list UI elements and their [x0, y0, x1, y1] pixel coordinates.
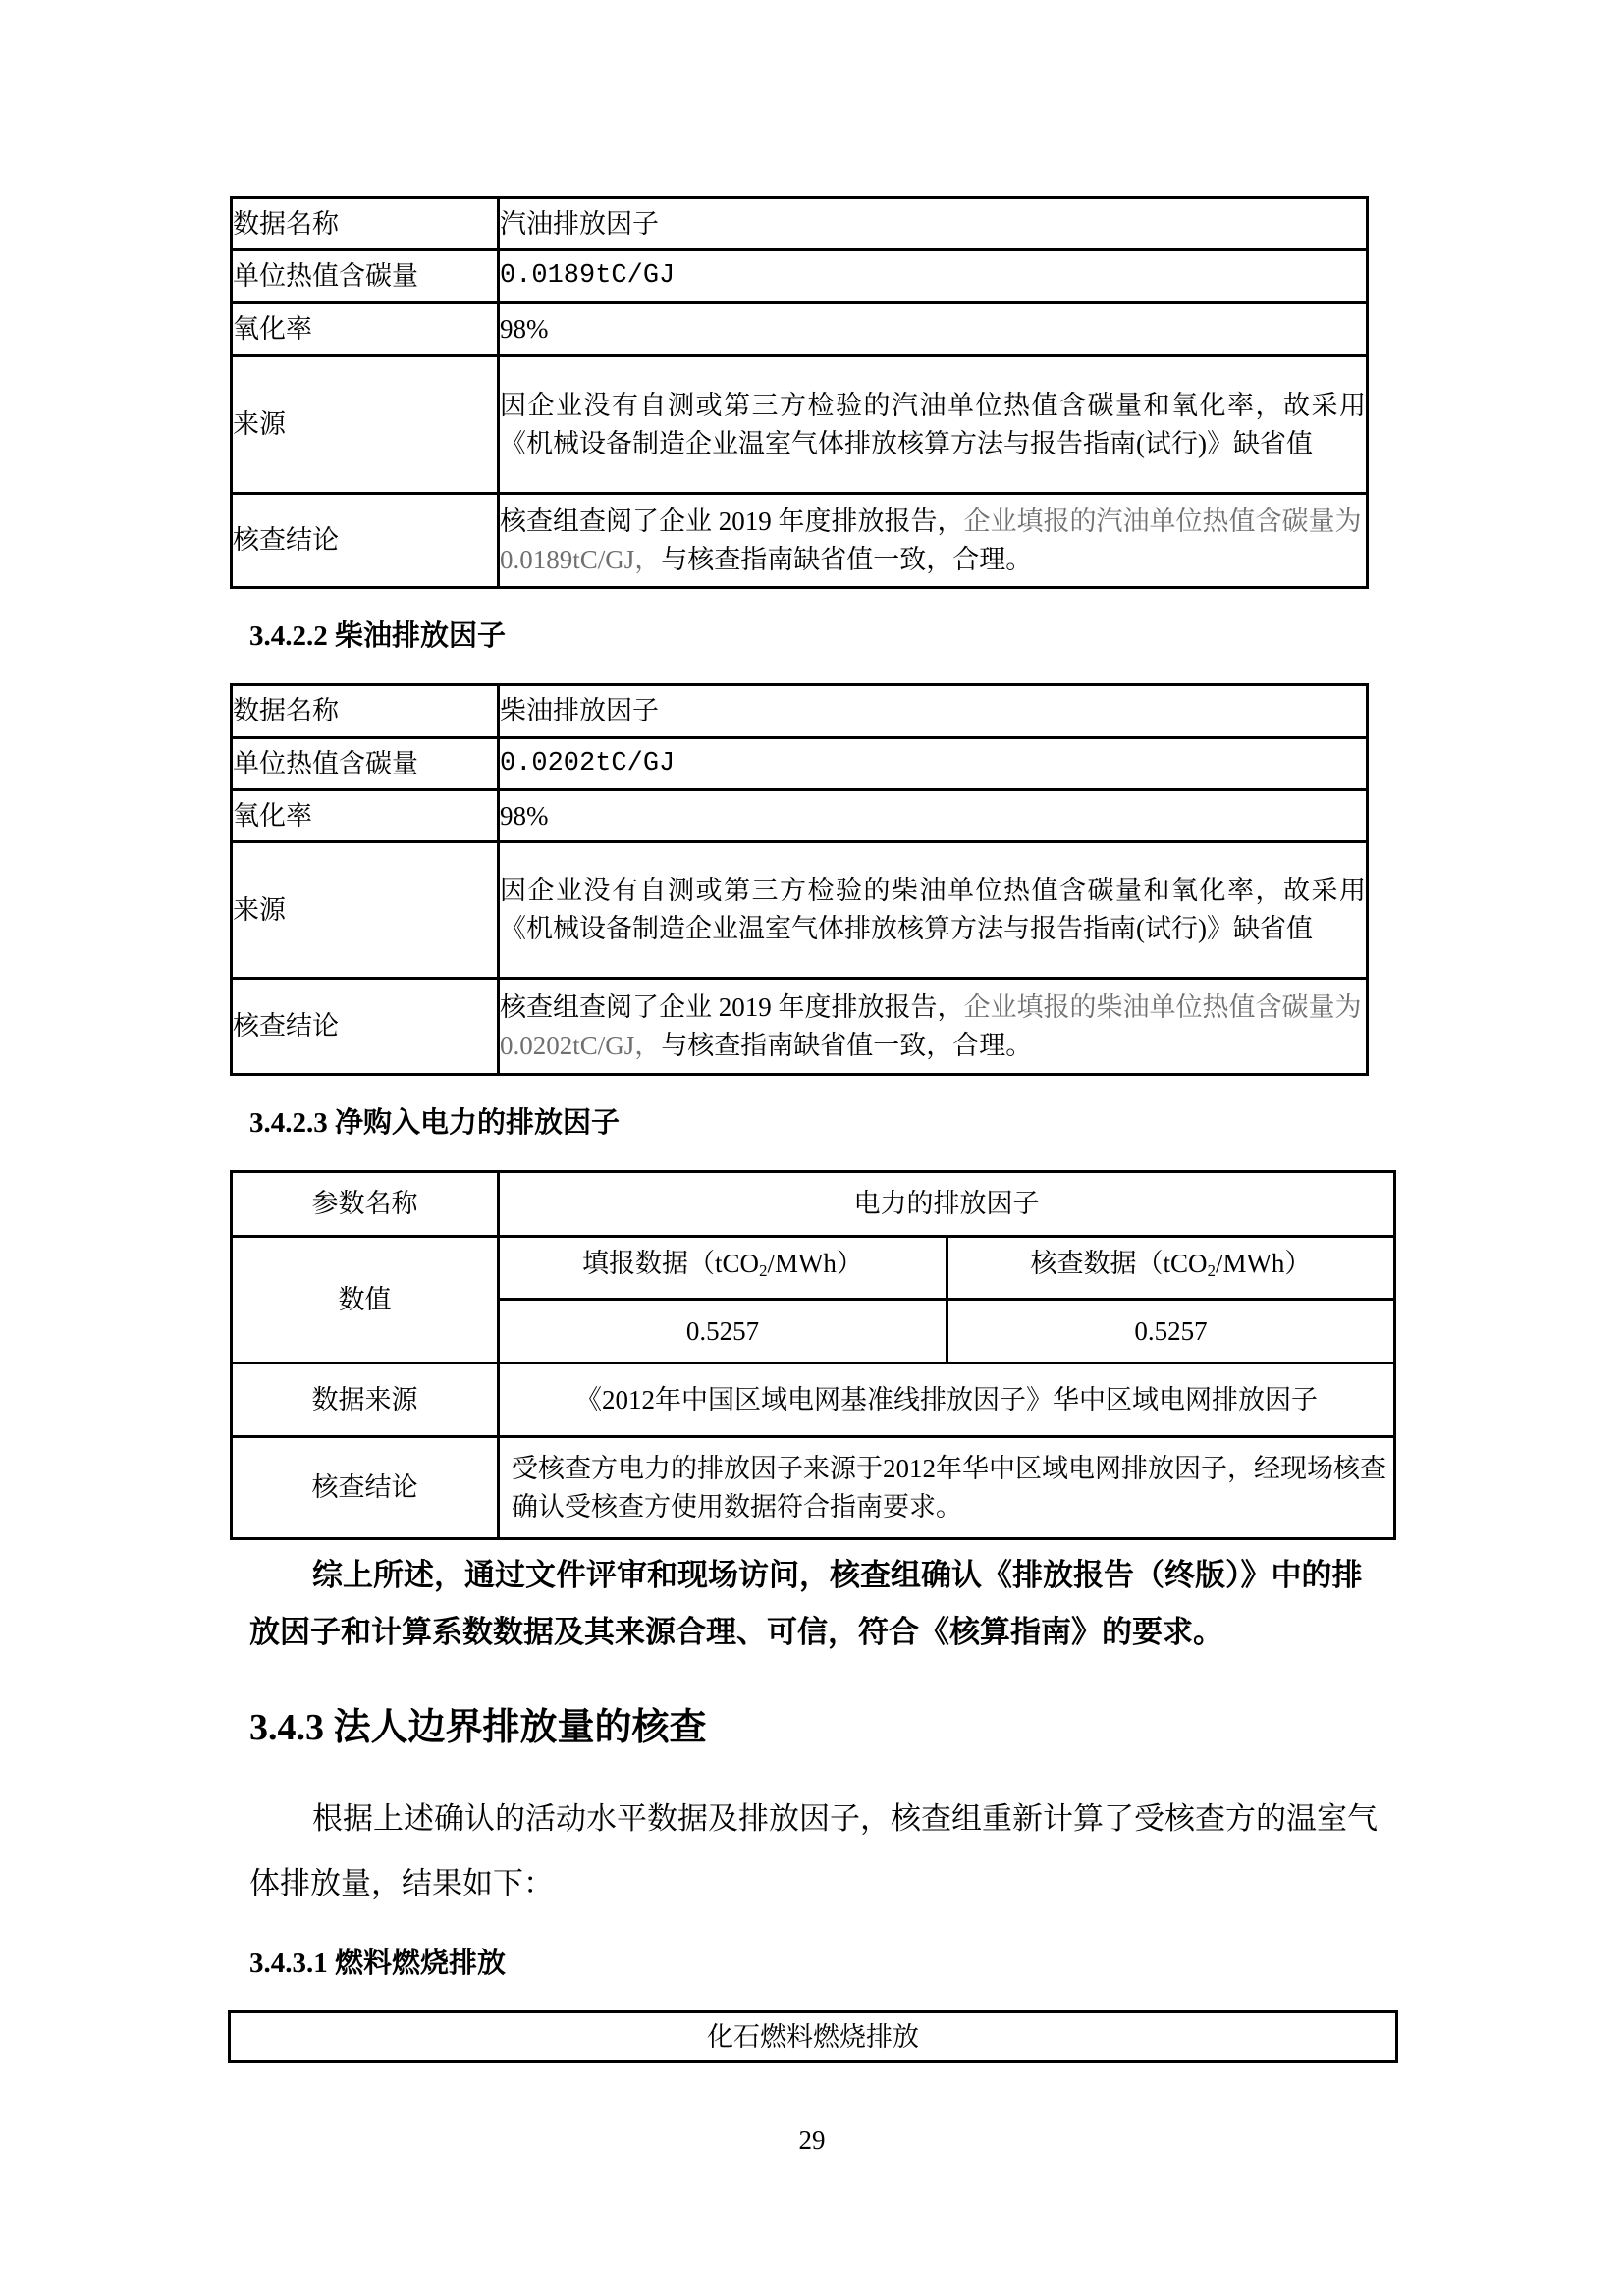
table-row: 核查结论 受核查方电力的排放因子来源于2012年华中区域电网排放因子，经现场核查… [232, 1437, 1395, 1539]
diesel-factor-table: 数据名称 柴油排放因子 单位热值含碳量 0.0202tC/GJ 氧化率 98% … [230, 683, 1369, 1076]
header-factor-name: 电力的排放因子 [499, 1172, 1395, 1237]
table-row: 数据来源 《2012年中国区域电网基准线排放因子》华中区域电网排放因子 [232, 1363, 1395, 1437]
table-row: 数据名称 汽油排放因子 [232, 198, 1368, 250]
reported-data-header: 填报数据（tCO2/MWh） [499, 1237, 947, 1300]
row-value: 柴油排放因子 [499, 685, 1368, 738]
source-label: 数据来源 [232, 1363, 499, 1437]
row-label: 氧化率 [232, 303, 499, 356]
summary-paragraph: 综上所述，通过文件评审和现场访问，核查组确认《排放报告（终版）》中的排放因子和计… [249, 1547, 1392, 1661]
table-row: 参数名称 电力的排放因子 [232, 1172, 1395, 1237]
row-label: 核查结论 [232, 494, 499, 588]
table-row: 单位热值含碳量 0.0189tC/GJ [232, 250, 1368, 303]
row-label: 数据名称 [232, 685, 499, 738]
page-number: 29 [0, 2120, 1624, 2160]
header-text: /MWh） [767, 1249, 863, 1278]
row-label: 单位热值含碳量 [232, 250, 499, 303]
header-text: 填报数据（tCO [582, 1249, 759, 1278]
header-text: /MWh） [1216, 1249, 1312, 1278]
body-paragraph: 根据上述确认的活动水平数据及排放因子，核查组重新计算了受核查方的温室气体排放量，… [249, 1787, 1392, 1916]
conclusion-text: 与核查指南缺省值一致，合理。 [661, 1031, 1032, 1060]
header-text: 核查数据（tCO [1031, 1249, 1208, 1278]
table-row: 数值 填报数据（tCO2/MWh） 核查数据（tCO2/MWh） [232, 1237, 1395, 1300]
table-row: 数据名称 柴油排放因子 [232, 685, 1368, 738]
table-row: 来源 因企业没有自测或第三方检验的柴油单位热值含碳量和氧化率，故采用《机械设备制… [232, 842, 1368, 979]
section-heading-3423: 3.4.2.3 净购入电力的排放因子 [249, 1105, 620, 1141]
source-value: 《2012年中国区域电网基准线排放因子》华中区域电网排放因子 [499, 1363, 1395, 1437]
row-label: 数据名称 [232, 198, 499, 250]
row-value: 核查组查阅了企业 2019 年度排放报告，企业填报的柴油单位热值含碳量为 0.0… [499, 979, 1368, 1075]
table-row: 核查结论 核查组查阅了企业 2019 年度排放报告，企业填报的柴油单位热值含碳量… [232, 979, 1368, 1075]
table-row: 氧化率 98% [232, 303, 1368, 356]
row-value: 0.0202tC/GJ [499, 738, 1368, 790]
row-label: 来源 [232, 842, 499, 979]
row-label: 单位热值含碳量 [232, 738, 499, 790]
row-value: 98% [499, 790, 1368, 842]
row-value: 0.0189tC/GJ [499, 250, 1368, 303]
section-heading-343: 3.4.3 法人边界排放量的核查 [249, 1706, 707, 1749]
row-value: 汽油排放因子 [499, 198, 1368, 250]
subscript: 2 [1208, 1262, 1216, 1281]
header-param-name: 参数名称 [232, 1172, 499, 1237]
table-row: 来源 因企业没有自测或第三方检验的汽油单位热值含碳量和氧化率，故采用《机械设备制… [232, 356, 1368, 494]
row-label: 氧化率 [232, 790, 499, 842]
fossil-fuel-table: 化石燃料燃烧排放 [228, 2010, 1398, 2063]
section-heading-3422: 3.4.2.2 柴油排放因子 [249, 618, 506, 654]
row-value: 98% [499, 303, 1368, 356]
section-heading-3431: 3.4.3.1 燃料燃烧排放 [249, 1946, 506, 1981]
verified-value: 0.5257 [947, 1300, 1395, 1363]
table-row: 氧化率 98% [232, 790, 1368, 842]
row-value: 核查组查阅了企业 2019 年度排放报告，企业填报的汽油单位热值含碳量为 0.0… [499, 494, 1368, 588]
table-row: 化石燃料燃烧排放 [230, 2012, 1397, 2062]
verified-data-header: 核查数据（tCO2/MWh） [947, 1237, 1395, 1300]
value-label: 数值 [232, 1237, 499, 1363]
conclusion-text: 核查组查阅了企业 2019 年度排放报告， [500, 992, 964, 1022]
conclusion-label: 核查结论 [232, 1437, 499, 1539]
gasoline-factor-table: 数据名称 汽油排放因子 单位热值含碳量 0.0189tC/GJ 氧化率 98% … [230, 196, 1369, 589]
conclusion-value: 受核查方电力的排放因子来源于2012年华中区域电网排放因子，经现场核查确认受核查… [499, 1437, 1395, 1539]
conclusion-text: 核查组查阅了企业 2019 年度排放报告， [500, 507, 964, 536]
conclusion-text: 与核查指南缺省值一致，合理。 [661, 545, 1032, 574]
row-label: 来源 [232, 356, 499, 494]
row-value: 因企业没有自测或第三方检验的汽油单位热值含碳量和氧化率，故采用《机械设备制造企业… [499, 356, 1368, 494]
row-label: 核查结论 [232, 979, 499, 1075]
table-row: 单位热值含碳量 0.0202tC/GJ [232, 738, 1368, 790]
reported-value: 0.5257 [499, 1300, 947, 1363]
electricity-factor-table: 参数名称 电力的排放因子 数值 填报数据（tCO2/MWh） 核查数据（tCO2… [230, 1170, 1396, 1540]
row-value: 因企业没有自测或第三方检验的柴油单位热值含碳量和氧化率，故采用《机械设备制造企业… [499, 842, 1368, 979]
table-row: 核查结论 核查组查阅了企业 2019 年度排放报告，企业填报的汽油单位热值含碳量… [232, 494, 1368, 588]
table-header: 化石燃料燃烧排放 [230, 2012, 1397, 2062]
